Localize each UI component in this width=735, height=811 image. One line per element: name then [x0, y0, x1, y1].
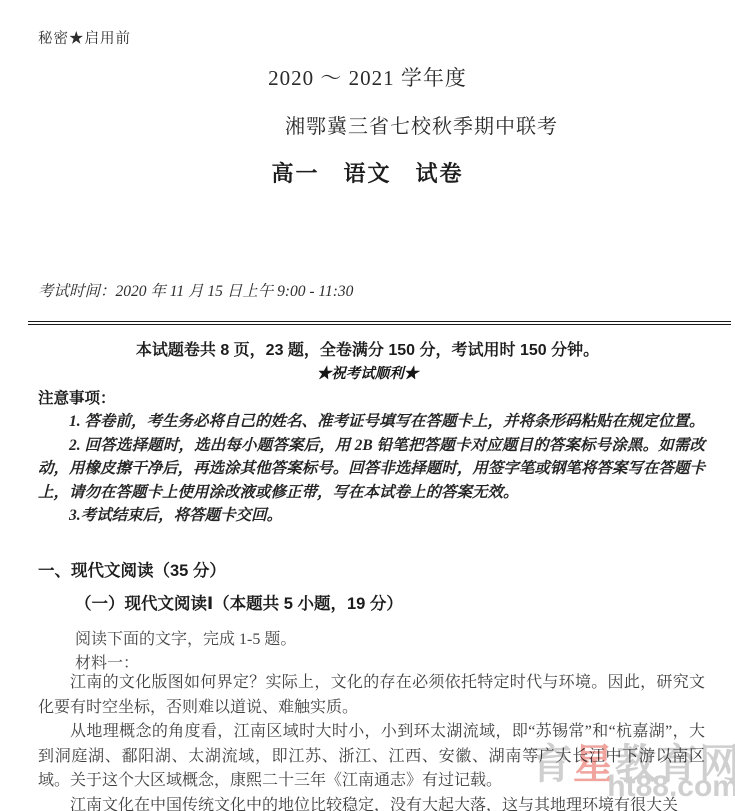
passage-paragraph: 从地理概念的角度看，江南区域时大时小，小到环太湖流域，即“苏锡常”和“杭嘉湖”，…: [38, 720, 705, 794]
paper-summary-line: 本试题卷共 8 页，23 题，全卷满分 150 分，考试用时 150 分钟。: [0, 337, 735, 360]
passage-paragraph: 江南的文化版图如何界定？实际上，文化的存在必须依托特定时代与环境。因此，研究文化…: [38, 671, 705, 720]
classification-label: 秘密★启用前: [38, 27, 131, 48]
notice-item-1: 1. 答卷前，考生务必将自己的姓名、准考证号填写在答题卡上，并将条形码粘贴在规定…: [38, 410, 705, 434]
exam-time-line: 考试时间：2020 年 11 月 15 日上午 9:00 - 11:30: [38, 279, 353, 301]
double-rule-divider: [28, 321, 731, 325]
passage-paragraph: 江南文化在中国传统文化中的地位比较稳定，没有大起大落，这与其地理环境有很大关: [38, 794, 705, 811]
reading-instruction: 阅读下面的文字，完成 1-5 题。: [75, 626, 296, 649]
exam-paper-page: 秘密★启用前 2020 ～ 2021 学年度 湘鄂冀三省七校秋季期中联考 高一 …: [0, 0, 735, 811]
notices-block: 注意事项： 1. 答卷前，考生务必将自己的姓名、准考证号填写在答题卡上，并将条形…: [38, 386, 705, 528]
material-one-label: 材料一：: [75, 650, 139, 673]
section-heading-modern-reading: 一、现代文阅读（35 分）: [38, 557, 226, 581]
good-luck-line: ★祝考试顺利★: [0, 362, 735, 383]
title-exam-name: 湘鄂冀三省七校秋季期中联考: [108, 110, 735, 139]
subsection-heading-reading-1: （一）现代文阅读Ⅰ（本题共 5 小题，19 分）: [75, 590, 403, 614]
notice-item-2: 2. 回答选择题时，选出每小题答案后，用 2B 铅笔把答题卡对应题目的答案标号涂…: [38, 434, 705, 505]
title-paper-name: 高一 语文 试卷: [0, 157, 735, 188]
reading-passage: 江南的文化版图如何界定？实际上，文化的存在必须依托特定时代与环境。因此，研究文化…: [38, 671, 705, 811]
title-academic-year: 2020 ～ 2021 学年度: [0, 62, 735, 92]
notice-item-3: 3.考试结束后，将答题卡交回。: [38, 504, 705, 528]
notices-heading: 注意事项：: [38, 386, 705, 408]
